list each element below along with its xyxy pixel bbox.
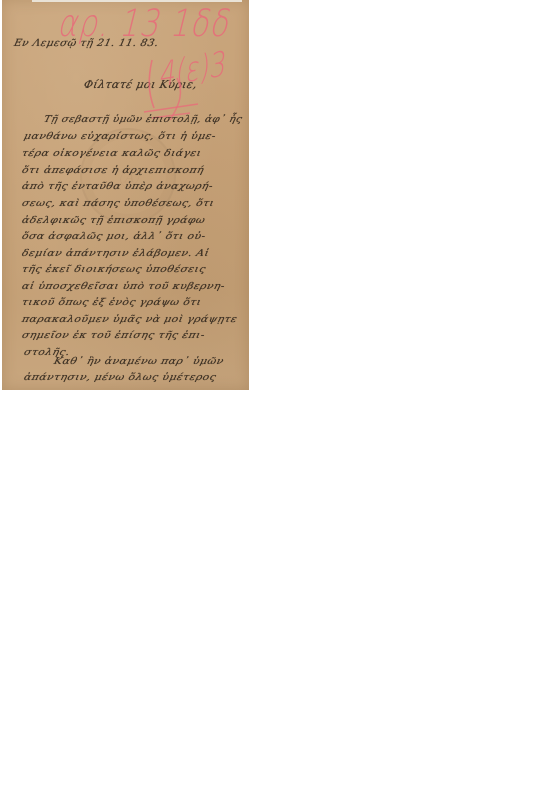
letter-body-line: τῆς ἐκεῖ διοικήσεως ὑποθέσεις (21, 264, 207, 275)
letter-body-line: ὅτι ἀπεφάσισε ἡ ἀρχιεπισκοπή (21, 165, 206, 176)
archive-reference: αρ. 13 1δδ (54, 2, 236, 46)
folio-number: 4(ε)3 (158, 44, 229, 96)
letter-body-line: τέρα οἰκογένεια καλῶς διάγει (21, 148, 203, 159)
letter-body-line: παρακαλοῦμεν ὑμᾶς νὰ μοὶ γράψῃτε (21, 314, 239, 325)
page: Ⓐ Εν Λεμεσῷ τῇ 21. 11. 83. Φίλτατέ μοι Κ… (0, 0, 549, 800)
red-underline (144, 104, 198, 112)
letter-body-line: ὅσα ἀσφαλῶς μοι, ἀλλ᾽ ὅτι οὐ- (21, 231, 207, 242)
letter-body-line: ἀδελφικῶς τῇ ἐπισκοπῇ γράφω (21, 215, 207, 226)
watermark-stamp: Ⓐ (80, 128, 176, 224)
letter-body-line: ἀπὸ τῆς ἐνταῦθα ὑπὲρ ἀναχωρή- (21, 181, 215, 192)
letter-body-line: αἱ ὑποσχεθεῖσαι ὑπὸ τοῦ κυβερνη- (21, 281, 227, 292)
letter-body-line: Τῇ σεβαστῇ ὑμῶν ἐπιστολῇ, ἀφ᾽ ἧς (43, 114, 244, 125)
letter-body-line: σημεῖον ἐκ τοῦ ἐπίσης τῆς ἐπι- (21, 330, 207, 341)
letter-closing-line: ἀπάντησιν, μένω ὅλως ὑμέτερος (23, 372, 218, 383)
letter-scan: Ⓐ Εν Λεμεσῷ τῇ 21. 11. 83. Φίλτατέ μοι Κ… (2, 0, 249, 390)
letter-body-line: δεμίαν ἀπάντησιν ἐλάβομεν. Αἱ (21, 248, 211, 259)
letter-closing-line: Καθ᾽ ἣν ἀναμένω παρ᾽ ὑμῶν (53, 356, 225, 367)
letter-body-line: σεως, καὶ πάσης ὑποθέσεως, ὅτι (21, 198, 216, 209)
letter-body-line: τικοῦ ὅπως ἐξ ἑνὸς γράψω ὅτι (21, 297, 203, 308)
letter-body-line: μανθάνω εὐχαρίστως, ὅτι ἡ ὑμε- (23, 131, 218, 142)
